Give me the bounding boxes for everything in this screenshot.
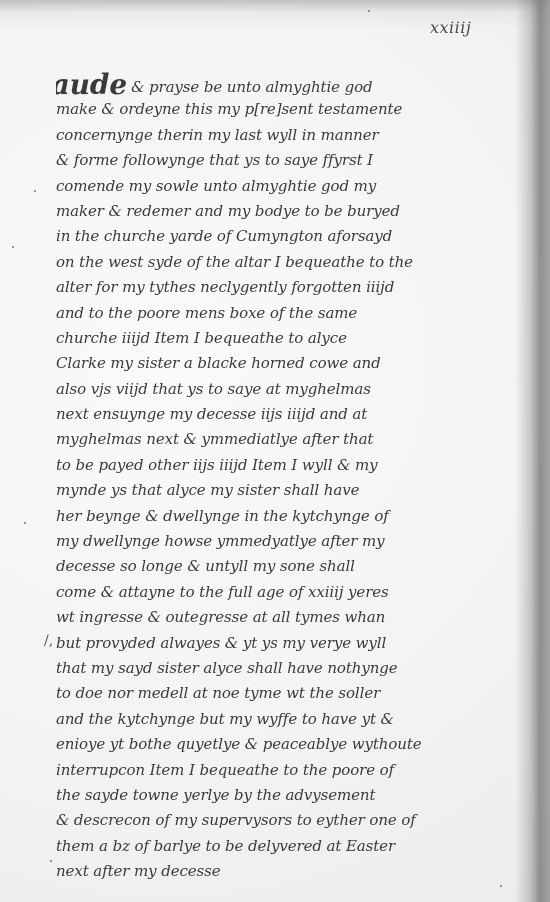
text-line: but provyded alwayes & yt ys my verye wy… <box>56 631 516 656</box>
text-line-1-content: & prayse be unto almyghtie god <box>131 78 372 96</box>
text-line: enioye yt bothe quyetlye & peaceablye wy… <box>56 732 516 757</box>
folio-number: xxiiij <box>430 18 471 37</box>
text-line: to doe nor medell at noe tyme wt the sol… <box>56 681 516 706</box>
text-line: alter for my tythes neclygently forgotte… <box>56 275 516 300</box>
text-line: Clarke my sister a blacke horned cowe an… <box>56 351 516 376</box>
paper-speck <box>50 860 52 862</box>
text-line: & forme followynge that ys to saye ffyrs… <box>56 148 516 173</box>
text-line: also vjs viijd that ys to saye at myghel… <box>56 377 516 402</box>
text-line: interrupcon Item I bequeathe to the poor… <box>56 758 516 783</box>
text-line: mynde ys that alyce my sister shall have <box>56 478 516 503</box>
text-line: my dwellynge howse ymmedyatlye after my <box>56 529 516 554</box>
text-line: comende my sowle unto almyghtie god my <box>56 174 516 199</box>
text-line: concernynge therin my last wyll in manne… <box>56 123 516 148</box>
text-line: to be payed other iijs iiijd Item I wyll… <box>56 453 516 478</box>
text-line: decesse so longe & untyll my sone shall <box>56 554 516 579</box>
text-line: come & attayne to the full age of xxiiij… <box>56 580 516 605</box>
text-line: and the kytchynge but my wyffe to have y… <box>56 707 516 732</box>
manuscript-page: xxiiij /, Laude& prayse be unto almyghti… <box>0 0 550 902</box>
paper-speck <box>12 246 14 248</box>
margin-mark: /, <box>44 633 53 649</box>
text-line: the sayde towne yerlye by the advysement <box>56 783 516 808</box>
text-line: next ensuynge my decesse iijs iiijd and … <box>56 402 516 427</box>
text-line: that my sayd sister alyce shall have not… <box>56 656 516 681</box>
decorated-initial-word: Laude <box>56 72 127 97</box>
text-line: and to the poore mens boxe of the same <box>56 301 516 326</box>
text-line-1: Laude& prayse be unto almyghtie god <box>56 72 516 97</box>
text-line: them a bz of barlye to be delyvered at E… <box>56 834 516 859</box>
paper-speck <box>34 190 36 192</box>
text-line: wt ingresse & outegresse at all tymes wh… <box>56 605 516 630</box>
text-line: & descrecon of my supervysors to eyther … <box>56 808 516 833</box>
text-line: myghelmas next & ymmediatlye after that <box>56 427 516 452</box>
text-line: churche iiijd Item I bequeathe to alyce <box>56 326 516 351</box>
text-line: in the churche yarde of Cumyngton aforsa… <box>56 224 516 249</box>
paper-speck <box>368 10 370 12</box>
text-line: next after my decesse <box>56 859 516 884</box>
paper-speck <box>24 522 26 524</box>
text-line: maker & redemer and my bodye to be burye… <box>56 199 516 224</box>
text-line: her beynge & dwellynge in the kytchynge … <box>56 504 516 529</box>
paper-speck <box>500 885 502 887</box>
text-line: make & ordeyne this my p[re]sent testame… <box>56 97 516 122</box>
manuscript-text: Laude& prayse be unto almyghtie god make… <box>56 72 516 885</box>
text-line: on the west syde of the altar I bequeath… <box>56 250 516 275</box>
